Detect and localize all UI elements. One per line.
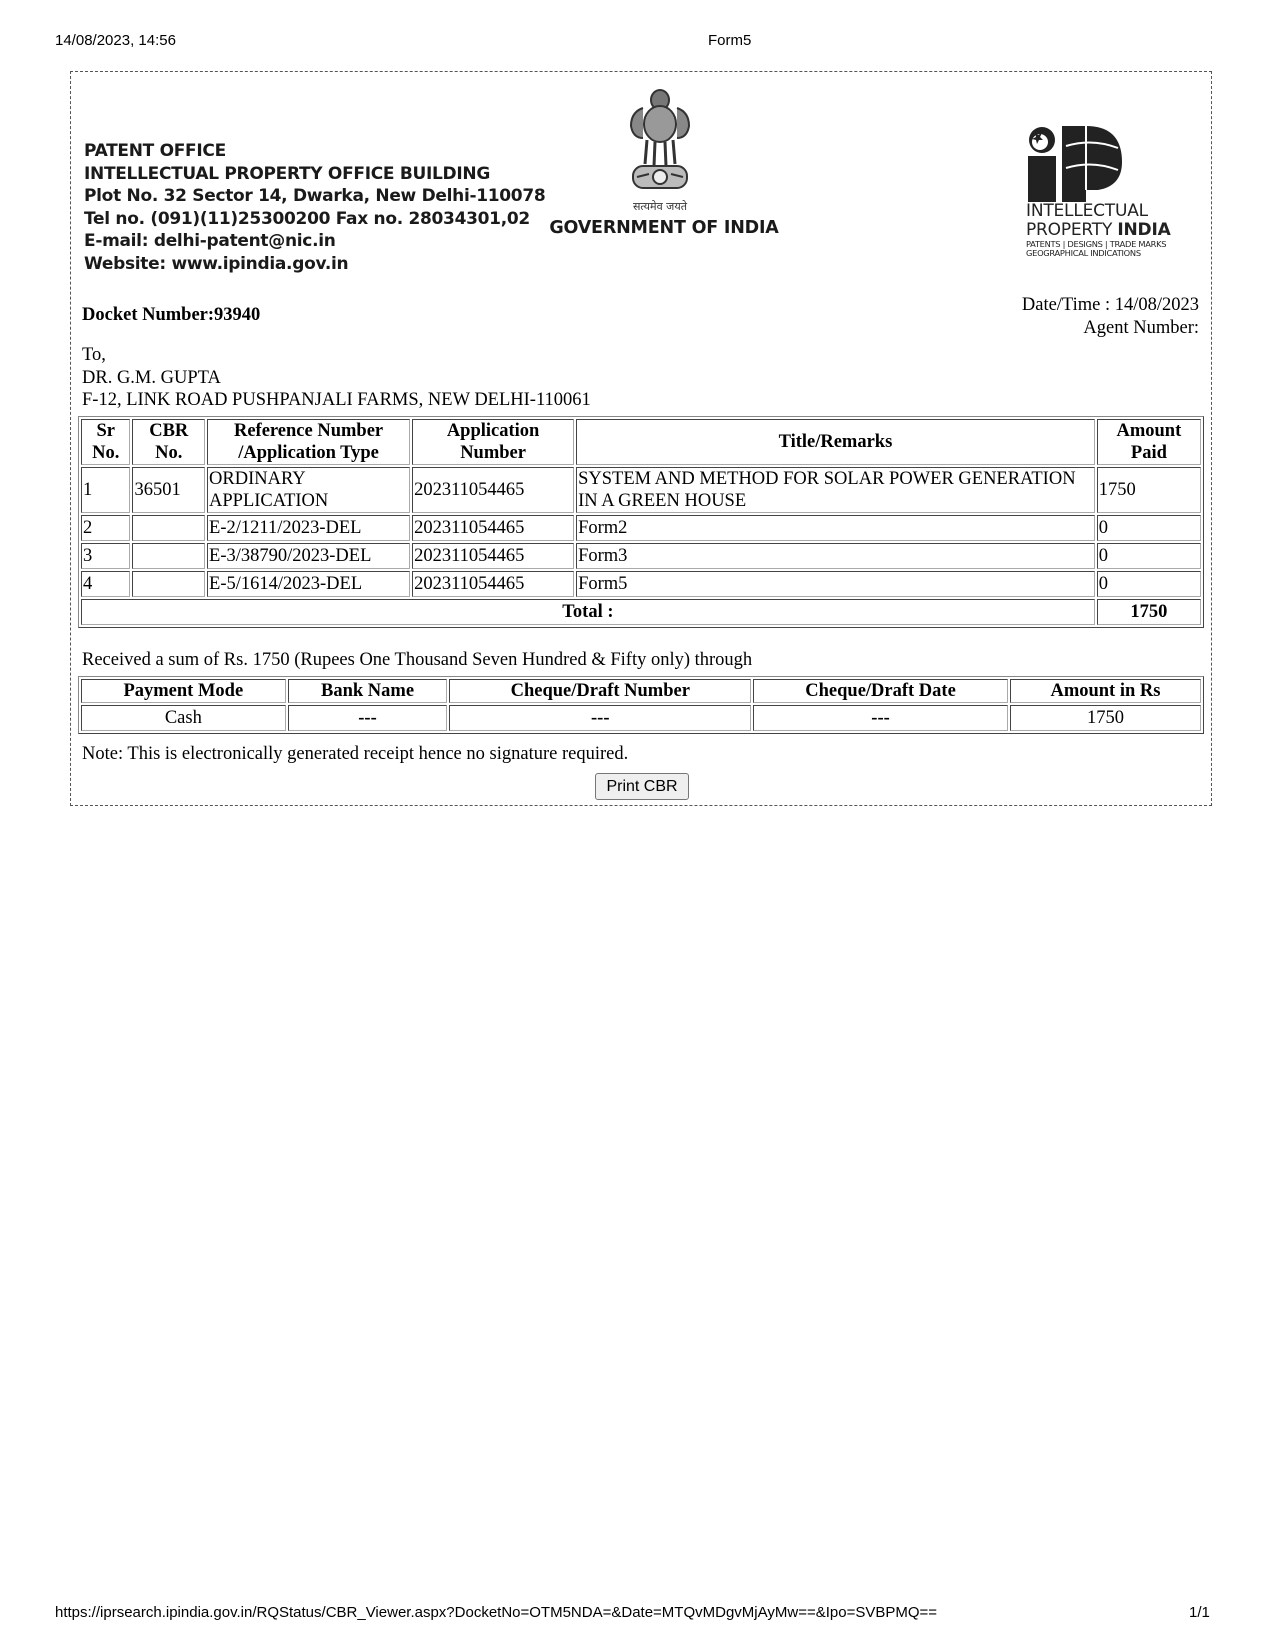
docket-number: Docket Number:93940 — [82, 305, 260, 326]
cell-title: Form5 — [576, 571, 1095, 597]
total-row: Total : 1750 — [81, 599, 1201, 625]
total-label: Total : — [81, 599, 1095, 625]
to-label: To, — [82, 344, 591, 367]
signature-note: Note: This is electronically generated r… — [82, 744, 628, 765]
cell-reference: E-2/1211/2023-DEL — [207, 515, 410, 541]
ip-logo-line2: PROPERTY INDIA — [1026, 221, 1171, 240]
cell-cbr — [132, 571, 205, 597]
cell-cheque-date: --- — [753, 705, 1008, 731]
datetime-value: 14/08/2023 — [1115, 295, 1199, 315]
ip-logo-line4: GEOGRAPHICAL INDICATIONS — [1026, 249, 1171, 258]
ip-india-logo-icon — [1026, 126, 1122, 202]
datetime-row: Date/Time : 14/08/2023 — [1022, 294, 1199, 317]
col-header-cheque-number: Cheque/Draft Number — [449, 679, 751, 703]
col-header-title: Title/Remarks — [576, 419, 1095, 465]
datetime-label: Date/Time : — [1022, 295, 1115, 315]
cell-bank-name: --- — [288, 705, 448, 731]
cell-cbr — [132, 515, 205, 541]
cell-application-number: 202311054465 — [412, 467, 574, 513]
print-cbr-button[interactable]: Print CBR — [595, 773, 689, 800]
total-value: 1750 — [1097, 599, 1201, 625]
print-footer-url: https://iprsearch.ipindia.gov.in/RQStatu… — [55, 1604, 937, 1621]
col-header-cheque-date: Cheque/Draft Date — [753, 679, 1008, 703]
print-header-datetime: 14/08/2023, 14:56 — [55, 32, 176, 49]
office-address-block: PATENT OFFICE INTELLECTUAL PROPERTY OFFI… — [84, 140, 545, 276]
cell-amount-rs: 1750 — [1010, 705, 1201, 731]
date-agent-block: Date/Time : 14/08/2023 Agent Number: — [1022, 294, 1199, 340]
national-emblem-icon — [617, 86, 703, 198]
col-header-payment-mode: Payment Mode — [81, 679, 286, 703]
office-building: INTELLECTUAL PROPERTY OFFICE BUILDING — [84, 163, 545, 186]
print-header-title: Form5 — [708, 32, 751, 49]
cell-sr: 3 — [81, 543, 130, 569]
ip-logo-property: PROPERTY — [1026, 220, 1117, 240]
cell-amount: 0 — [1097, 515, 1201, 541]
cell-amount: 0 — [1097, 571, 1201, 597]
cell-payment-mode: Cash — [81, 705, 286, 731]
cell-reference: E-5/1614/2023-DEL — [207, 571, 410, 597]
docket-value: 93940 — [214, 305, 260, 325]
cell-title: Form3 — [576, 543, 1095, 569]
cell-cbr — [132, 543, 205, 569]
cell-sr: 2 — [81, 515, 130, 541]
cell-cbr: 36501 — [132, 467, 205, 513]
col-header-bank-name: Bank Name — [288, 679, 448, 703]
payment-table: Payment Mode Bank Name Cheque/Draft Numb… — [78, 676, 1204, 734]
col-header-reference: Reference Number/Application Type — [207, 419, 410, 465]
fee-details-table: SrNo. CBRNo. Reference Number/Applicatio… — [78, 416, 1204, 628]
col-header-application-number: ApplicationNumber — [412, 419, 574, 465]
cell-application-number: 202311054465 — [412, 571, 574, 597]
col-header-sr: SrNo. — [81, 419, 130, 465]
table-row: 2 E-2/1211/2023-DEL 202311054465 Form2 0 — [81, 515, 1201, 541]
cell-application-number: 202311054465 — [412, 543, 574, 569]
cell-reference: E-3/38790/2023-DEL — [207, 543, 410, 569]
table-row: 3 E-3/38790/2023-DEL 202311054465 Form3 … — [81, 543, 1201, 569]
print-footer-page-count: 1/1 — [1189, 1604, 1210, 1621]
payment-header-row: Payment Mode Bank Name Cheque/Draft Numb… — [81, 679, 1201, 703]
ip-logo-line1: INTELLECTUAL — [1026, 202, 1171, 221]
table-row: 1 36501 ORDINARY APPLICATION 20231105446… — [81, 467, 1201, 513]
table-row: 4 E-5/1614/2023-DEL 202311054465 Form5 0 — [81, 571, 1201, 597]
cell-sr: 4 — [81, 571, 130, 597]
payment-row: Cash --- --- --- 1750 — [81, 705, 1201, 731]
cell-amount: 0 — [1097, 543, 1201, 569]
table-header-row: SrNo. CBRNo. Reference Number/Applicatio… — [81, 419, 1201, 465]
office-email: E-mail: delhi-patent@nic.in — [84, 230, 545, 253]
cell-title: Form2 — [576, 515, 1095, 541]
ip-india-logo-text: INTELLECTUAL PROPERTY INDIA PATENTS | DE… — [1026, 202, 1171, 258]
cell-title: SYSTEM AND METHOD FOR SOLAR POWER GENERA… — [576, 467, 1095, 513]
ip-logo-india: INDIA — [1117, 220, 1170, 240]
recipient-name: DR. G.M. GUPTA — [82, 367, 591, 390]
agent-row: Agent Number: — [1022, 317, 1199, 340]
cell-sr: 1 — [81, 467, 130, 513]
cell-amount: 1750 — [1097, 467, 1201, 513]
office-phone: Tel no. (091)(11)25300200 Fax no. 280343… — [84, 208, 545, 231]
office-website: Website: www.ipindia.gov.in — [84, 253, 545, 276]
government-of-india-label: GOVERNMENT OF INDIA — [548, 218, 780, 238]
col-header-cbr: CBRNo. — [132, 419, 205, 465]
col-header-amount-rs: Amount in Rs — [1010, 679, 1201, 703]
received-sum-text: Received a sum of Rs. 1750 (Rupees One T… — [82, 650, 752, 671]
recipient-address-block: To, DR. G.M. GUPTA F-12, LINK ROAD PUSHP… — [82, 344, 591, 412]
office-plot: Plot No. 32 Sector 14, Dwarka, New Delhi… — [84, 185, 545, 208]
cell-reference: ORDINARY APPLICATION — [207, 467, 410, 513]
recipient-address: F-12, LINK ROAD PUSHPANJALI FARMS, NEW D… — [82, 389, 591, 412]
office-name: PATENT OFFICE — [84, 140, 545, 163]
cell-application-number: 202311054465 — [412, 515, 574, 541]
docket-label: Docket Number: — [82, 305, 214, 325]
col-header-amount: AmountPaid — [1097, 419, 1201, 465]
emblem-motto: सत्यमेव जयते — [600, 199, 720, 214]
agent-label: Agent Number: — [1083, 318, 1199, 338]
cell-cheque-number: --- — [449, 705, 751, 731]
